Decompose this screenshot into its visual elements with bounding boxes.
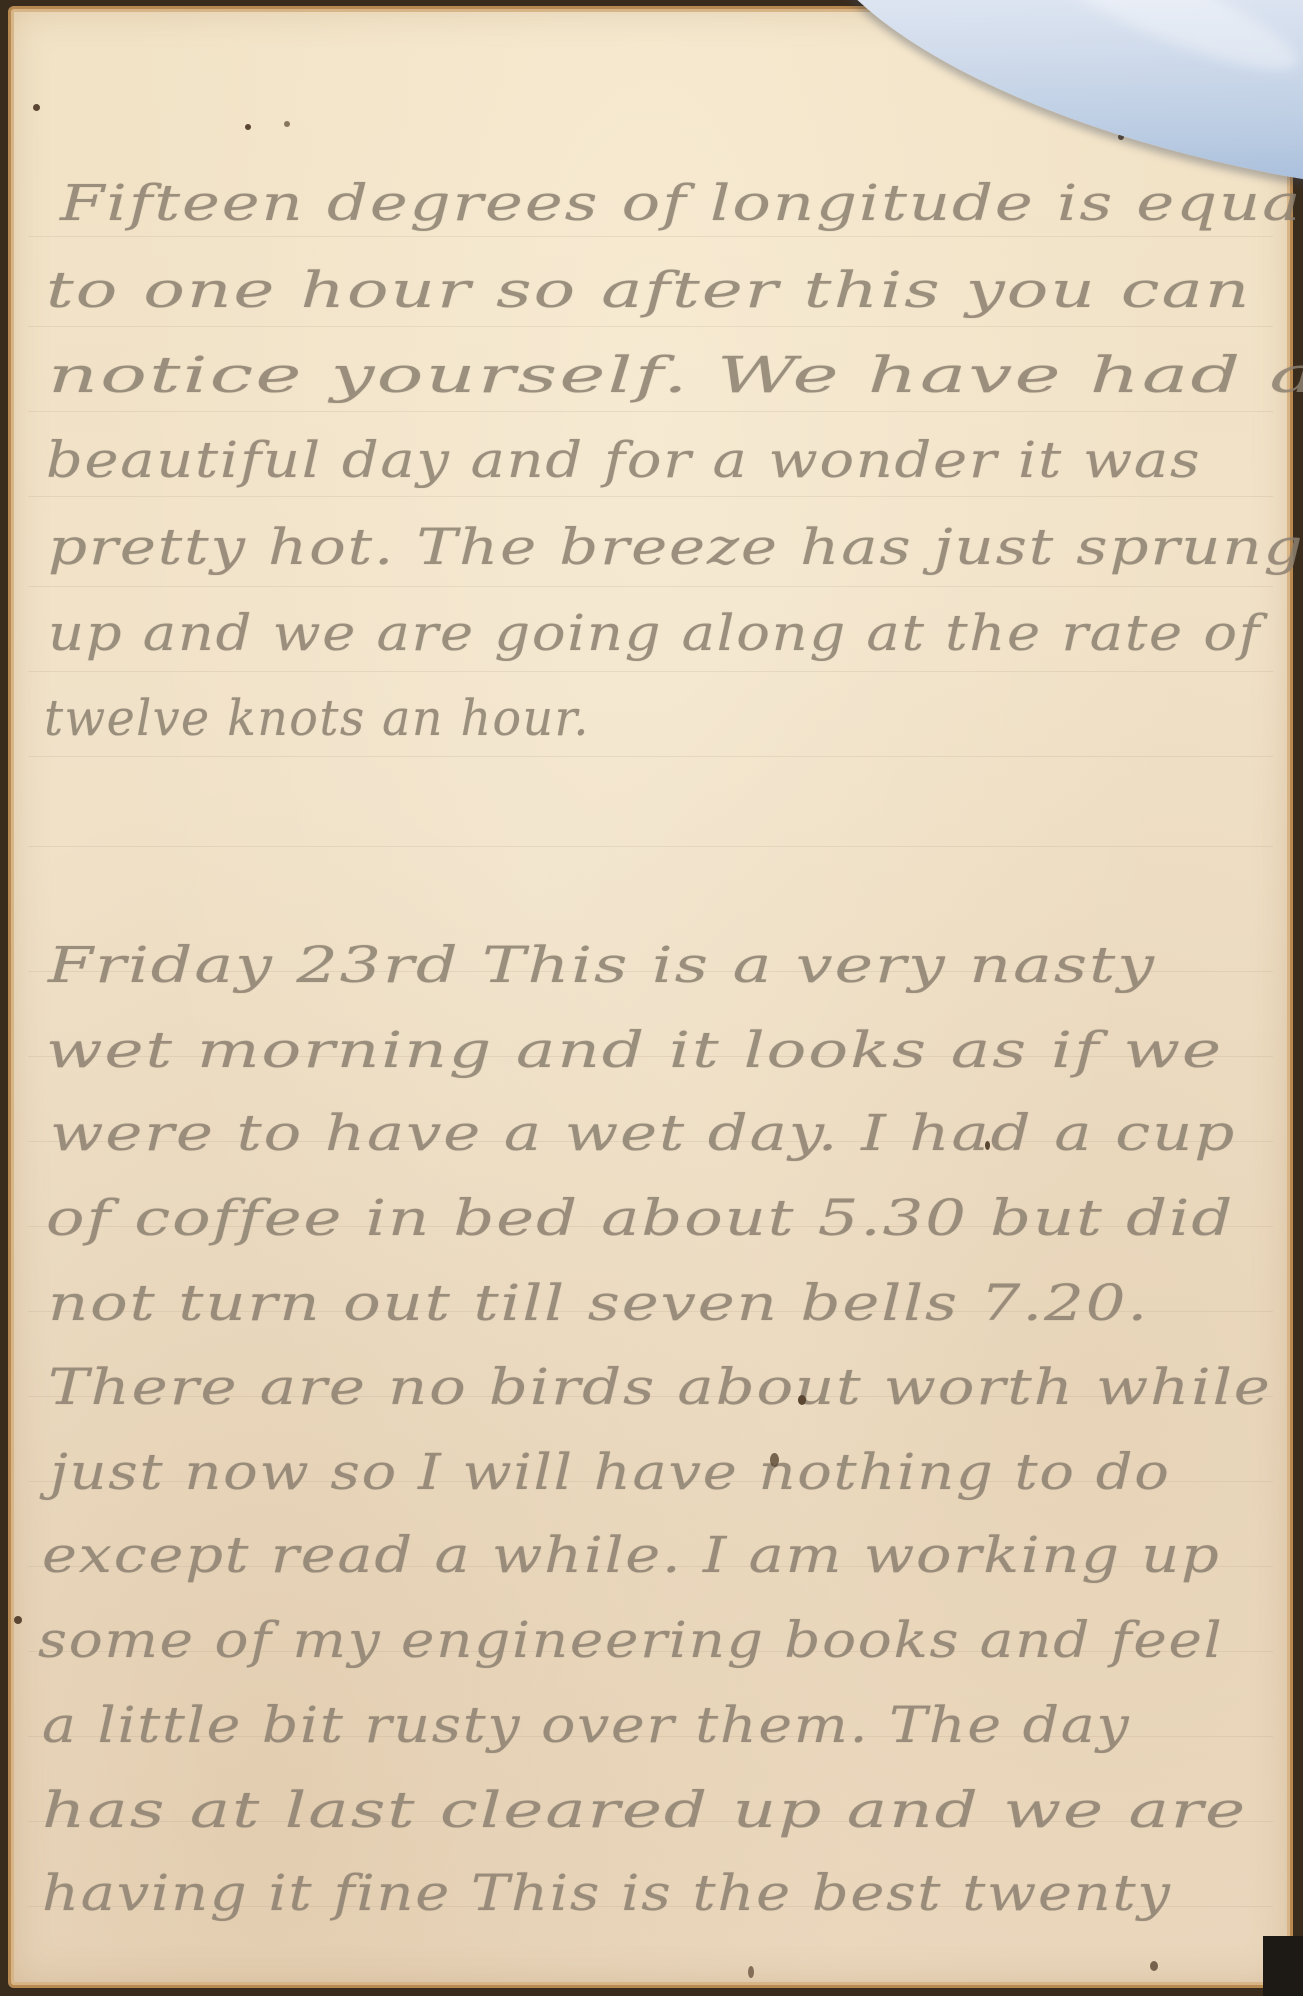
handwritten-line: not turn out till seven bells 7.20. <box>48 1274 1149 1332</box>
ruled-line <box>28 586 1273 587</box>
handwritten-line: notice yourself. We have had a <box>48 346 1303 404</box>
cloth-fold <box>1009 0 1303 91</box>
ruled-line <box>28 846 1273 847</box>
foxing-spot <box>33 104 40 111</box>
foxing-spot <box>748 1966 754 1978</box>
handwritten-line: to one hour so after this you can <box>46 261 1251 319</box>
diary-photo: Fifteen degrees of longitude is equal to… <box>0 0 1303 1996</box>
ruled-line <box>28 671 1273 672</box>
ruled-line <box>28 326 1273 327</box>
foxing-spot <box>985 1141 990 1150</box>
handwritten-line: wet morning and it looks as if we <box>46 1021 1223 1079</box>
diary-page: Fifteen degrees of longitude is equal to… <box>8 6 1293 1988</box>
handwritten-line: a little bit rusty over them. The day <box>42 1696 1130 1754</box>
handwritten-line: There are no birds about worth while <box>48 1358 1272 1416</box>
handwritten-line: were to have a wet day. I had a cup <box>50 1104 1236 1162</box>
foxing-spot <box>770 1453 779 1467</box>
handwritten-line: Fifteen degrees of longitude is equal <box>60 174 1303 232</box>
foxing-spot <box>245 124 251 130</box>
handwritten-line: up and we are going along at the rate of <box>48 604 1261 662</box>
ruled-line <box>28 496 1273 497</box>
entry-heading-line: Friday 23rd This is a very nasty <box>48 936 1156 994</box>
handwritten-line: twelve knots an hour. <box>44 689 590 747</box>
background-corner <box>1263 1936 1303 1996</box>
handwritten-line: just now so I will have nothing to do <box>50 1443 1171 1501</box>
ruled-line <box>28 411 1273 412</box>
handwritten-line: of coffee in bed about 5.30 but did <box>46 1189 1234 1247</box>
handwritten-line: has at last cleared up and we are <box>42 1781 1247 1839</box>
foxing-spot <box>798 1395 806 1405</box>
ruled-line <box>28 236 1273 237</box>
handwritten-line: except read a while. I am working up <box>42 1526 1221 1584</box>
ruled-line <box>28 756 1273 757</box>
handwritten-line: beautiful day and for a wonder it was <box>46 431 1201 489</box>
foxing-spot <box>1150 1961 1158 1971</box>
foxing-spot <box>14 1616 22 1624</box>
handwritten-line: pretty hot. The breeze has just sprung <box>48 518 1303 576</box>
handwritten-line: having it fine This is the best twenty <box>42 1864 1172 1922</box>
foxing-spot <box>284 121 290 127</box>
handwritten-line: some of my engineering books and feel <box>38 1611 1223 1669</box>
